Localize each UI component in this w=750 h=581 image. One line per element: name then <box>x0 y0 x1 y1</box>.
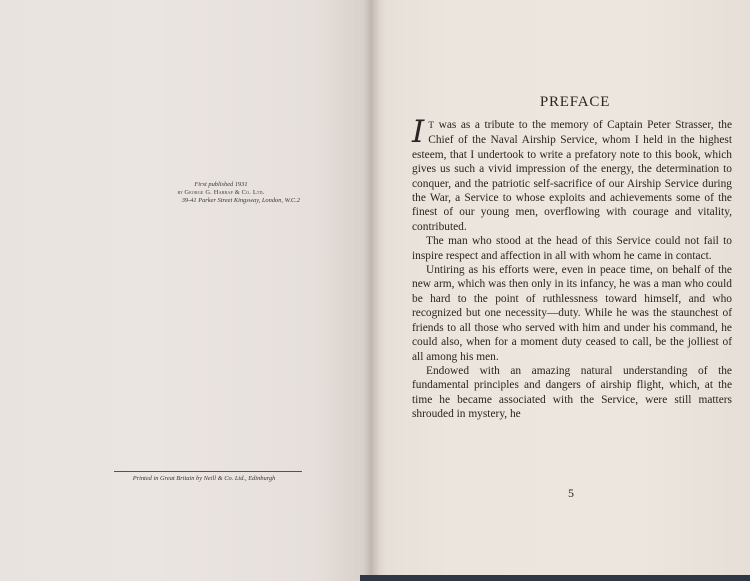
paragraph: Untiring as his efforts were, even in pe… <box>412 263 732 364</box>
open-book-spread: First published 1931 by George G. Harrap… <box>0 0 750 581</box>
preface-body: IT was as a tribute to the memory of Cap… <box>412 118 732 422</box>
printer-line: Printed in Great Britain by Neill & Co. … <box>99 475 309 482</box>
paragraph-text: was as a tribute to the memory of Captai… <box>412 119 732 233</box>
imprint-publisher: by George G. Harrap & Co. Ltd. <box>136 189 306 197</box>
left-page: First published 1931 by George G. Harrap… <box>0 0 372 581</box>
page-number: 5 <box>556 486 586 501</box>
imprint-first-published: First published 1931 <box>136 181 306 189</box>
imprint-publisher-name: George G. Harrap & Co. Ltd. <box>184 189 264 196</box>
paragraph: IT was as a tribute to the memory of Cap… <box>412 118 732 234</box>
paragraph: The man who stood at the head of this Se… <box>412 234 732 263</box>
printer-divider-rule <box>114 471 302 472</box>
imprint-by: by <box>178 189 183 196</box>
imprint-address: 39-41 Parker Street Kingsway, London, W.… <box>136 197 300 205</box>
paragraph: Endowed with an amazing natural understa… <box>412 364 732 422</box>
drop-cap-ornament: I <box>412 119 424 145</box>
book-gutter <box>364 0 380 575</box>
page-title: PREFACE <box>410 94 740 111</box>
table-surface <box>360 575 750 581</box>
publication-imprint: First published 1931 by George G. Harrap… <box>136 181 306 205</box>
